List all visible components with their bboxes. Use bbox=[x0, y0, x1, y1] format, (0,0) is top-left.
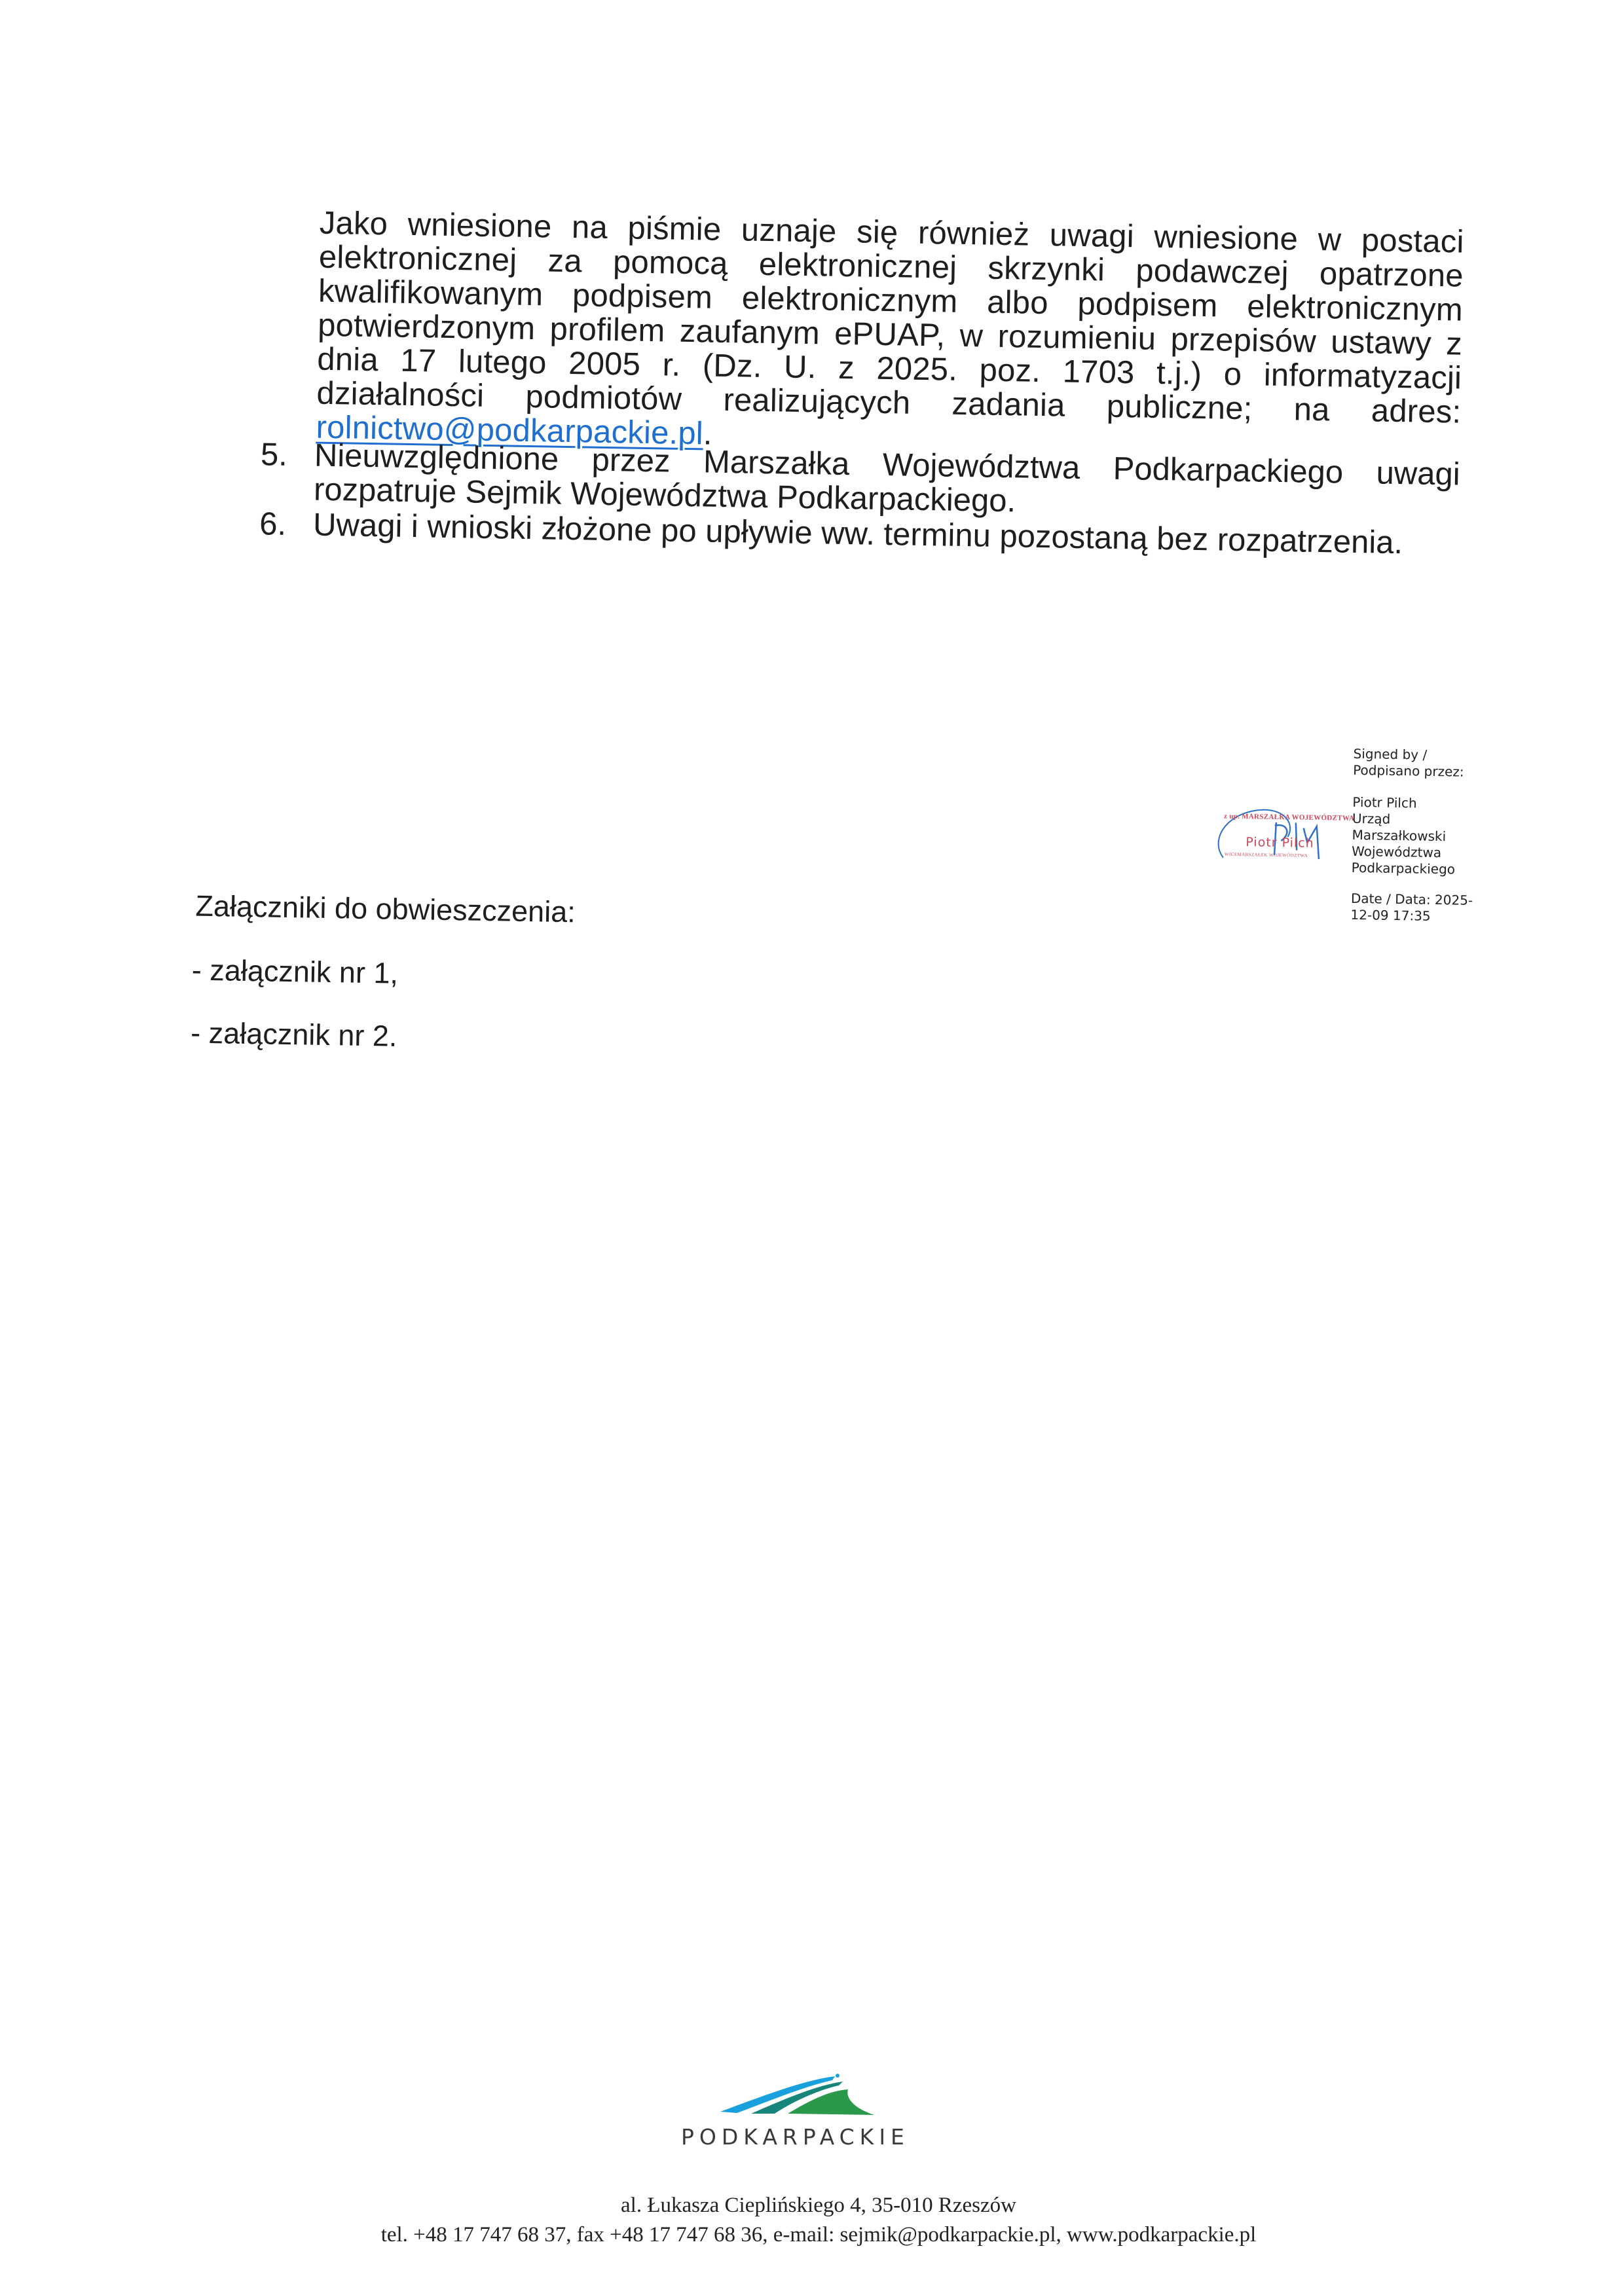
document-page: Jako wniesione na piśmie uznaje się równ… bbox=[0, 0, 1624, 2295]
footer-contact: tel. +48 17 747 68 37, fax +48 17 747 68… bbox=[7, 2223, 1624, 2247]
official-stamp: z up. MARSZAŁKA WOJEWÓDZTWA Piotr Pilch … bbox=[1215, 804, 1347, 865]
signer-org: Podkarpackiego bbox=[1352, 860, 1502, 879]
numbered-list: 5. Nieuwzględnione przez Marszałka Wojew… bbox=[259, 437, 1460, 562]
attachment-item: - załącznik nr 2. bbox=[191, 1016, 574, 1057]
signer-org: Marszałkowski bbox=[1352, 827, 1502, 846]
signer-org: Województwa bbox=[1352, 843, 1502, 862]
signer-org: Urząd bbox=[1352, 811, 1503, 830]
podkarpackie-logo-icon bbox=[717, 2072, 881, 2118]
attachments-section: Załączniki do obwieszczenia: - załącznik… bbox=[193, 889, 576, 1086]
attachment-item: - załącznik nr 1, bbox=[191, 953, 574, 994]
electronic-signature-block: Signed by / Podpisano przez: Piotr Pilch… bbox=[1350, 746, 1504, 926]
signature-date-label: Date / Data: 2025- bbox=[1351, 890, 1502, 909]
signed-by-label: Signed by / bbox=[1353, 746, 1504, 765]
stamp-line-2: Piotr Pilch bbox=[1246, 835, 1314, 851]
submission-paragraph: Jako wniesione na piśmie uznaje się równ… bbox=[316, 206, 1464, 464]
signer-name: Piotr Pilch bbox=[1352, 794, 1503, 813]
handwritten-signature-icon bbox=[1210, 795, 1356, 870]
signed-by-label-pl: Podpisano przez: bbox=[1353, 762, 1504, 781]
footer-address: al. Łukasza Cieplińskiego 4, 35-010 Rzes… bbox=[7, 2194, 1624, 2218]
list-item-number: 5. bbox=[261, 437, 288, 472]
paragraph-text: Jako wniesione na piśmie uznaje się równ… bbox=[316, 206, 1464, 430]
list-item-number: 6. bbox=[259, 507, 287, 542]
attachments-heading: Załączniki do obwieszczenia: bbox=[195, 889, 576, 930]
logo-wordmark: PODKARPACKIE bbox=[681, 2124, 910, 2150]
document-content: Jako wniesione na piśmie uznaje się równ… bbox=[0, 0, 1624, 1126]
signature-date-value: 12-09 17:35 bbox=[1350, 907, 1501, 926]
